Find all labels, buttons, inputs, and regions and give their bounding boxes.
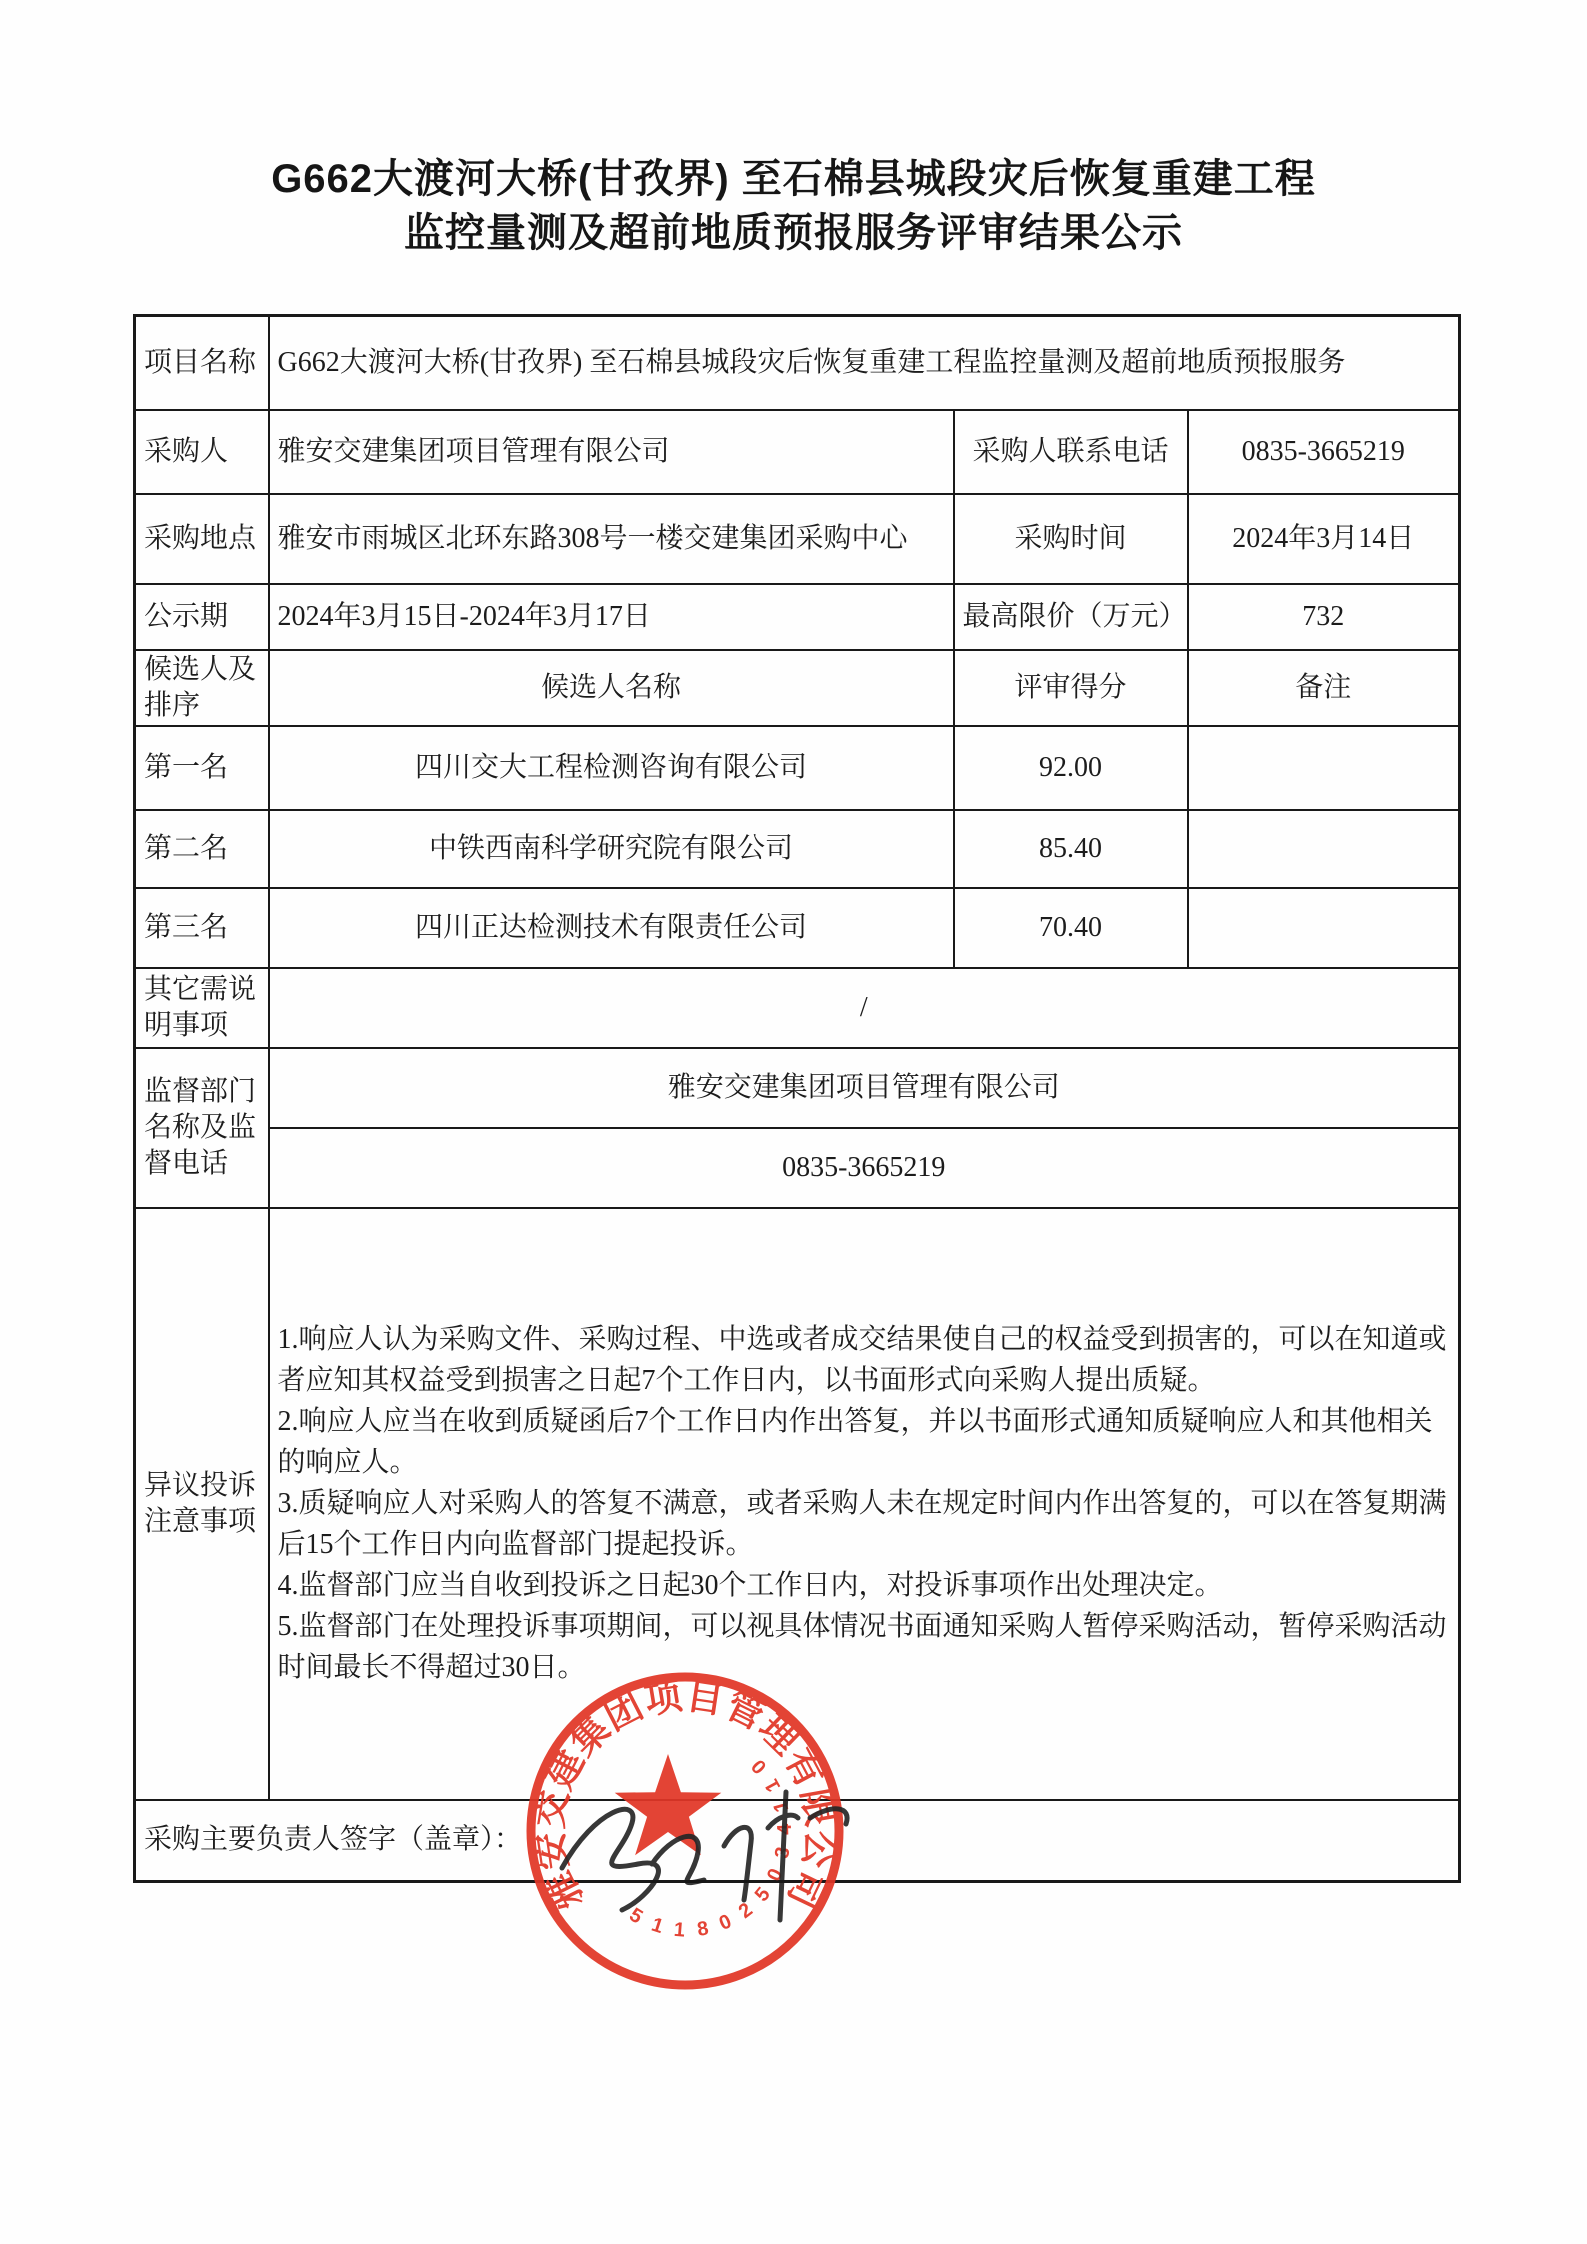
supervision-org-row: 监督部门名称及监督电话 雅安交建集团项目管理有限公司	[135, 1048, 1460, 1128]
objection-text-cell: 1.响应人认为采购文件、采购过程、中选或者成交结果使自己的权益受到损害的，可以在…	[269, 1208, 1460, 1800]
price-value-cell: 732	[1188, 584, 1460, 650]
score-cell: 70.40	[954, 888, 1188, 968]
rank-cell: 第三名	[135, 888, 269, 968]
page-title: G662大渡河大桥(甘孜界) 至石棉县城段灾后恢复重建工程 监控量测及超前地质预…	[0, 0, 1587, 260]
objection-item-5: 5.监督部门在处理投诉事项期间，可以视具体情况书面通知采购人暂停采购活动，暂停采…	[278, 1606, 1451, 1688]
supervision-org-cell: 雅安交建集团项目管理有限公司	[269, 1048, 1460, 1128]
objection-item-4: 4.监督部门应当自收到投诉之日起30个工作日内，对投诉事项作出处理决定。	[278, 1565, 1451, 1606]
time-value-cell: 2024年3月14日	[1188, 494, 1460, 584]
purchaser-value-cell: 雅安交建集团项目管理有限公司	[269, 410, 954, 494]
publicity-value-cell: 2024年3月15日-2024年3月17日	[269, 584, 954, 650]
document-page: G662大渡河大桥(甘孜界) 至石棉县城段灾后恢复重建工程 监控量测及超前地质预…	[0, 0, 1587, 2244]
remark-cell	[1188, 888, 1460, 968]
supervision-phone-cell: 0835-3665219	[269, 1128, 1460, 1208]
publicity-label-cell: 公示期	[135, 584, 269, 650]
remark-header-cell: 备注	[1188, 650, 1460, 726]
candidate-row-3: 第三名 四川正达检测技术有限责任公司 70.40	[135, 888, 1460, 968]
time-label-cell: 采购时间	[954, 494, 1188, 584]
other-label-cell: 其它需说明事项	[135, 968, 269, 1048]
candidate-row-1: 第一名 四川交大工程检测咨询有限公司 92.00	[135, 726, 1460, 810]
objection-row: 异议投诉注意事项 1.响应人认为采购文件、采购过程、中选或者成交结果使自己的权益…	[135, 1208, 1460, 1800]
project-name-row: 项目名称 G662大渡河大桥(甘孜界) 至石棉县城段灾后恢复重建工程监控量测及超…	[135, 316, 1460, 410]
signature-row: 采购主要负责人签字（盖章）：	[135, 1800, 1460, 1882]
location-label-cell: 采购地点	[135, 494, 269, 584]
score-cell: 85.40	[954, 810, 1188, 888]
price-label-cell: 最高限价（万元）	[954, 584, 1188, 650]
score-cell: 92.00	[954, 726, 1188, 810]
location-row: 采购地点 雅安市雨城区北环东路308号一楼交建集团采购中心 采购时间 2024年…	[135, 494, 1460, 584]
purchaser-label-cell: 采购人	[135, 410, 269, 494]
location-value-cell: 雅安市雨城区北环东路308号一楼交建集团采购中心	[269, 494, 954, 584]
title-line-2: 监控量测及超前地质预报服务评审结果公示	[404, 211, 1183, 255]
remark-cell	[1188, 726, 1460, 810]
rank-cell: 第二名	[135, 810, 269, 888]
rank-header-cell: 候选人及排序	[135, 650, 269, 726]
supervision-label-cell: 监督部门名称及监督电话	[135, 1048, 269, 1208]
objection-item-1: 1.响应人认为采购文件、采购过程、中选或者成交结果使自己的权益受到损害的，可以在…	[278, 1319, 1451, 1401]
purchaser-phone-label-cell: 采购人联系电话	[954, 410, 1188, 494]
candidate-name-cell: 中铁西南科学研究院有限公司	[269, 810, 954, 888]
score-header-cell: 评审得分	[954, 650, 1188, 726]
objection-label-cell: 异议投诉注意事项	[135, 1208, 269, 1800]
other-notes-row: 其它需说明事项 /	[135, 968, 1460, 1048]
objection-item-3: 3.质疑响应人对采购人的答复不满意，或者采购人未在规定时间内作出答复的，可以在答…	[278, 1483, 1451, 1565]
candidates-header-row: 候选人及排序 候选人名称 评审得分 备注	[135, 650, 1460, 726]
purchaser-row: 采购人 雅安交建集团项目管理有限公司 采购人联系电话 0835-3665219	[135, 410, 1460, 494]
project-value-cell: G662大渡河大桥(甘孜界) 至石棉县城段灾后恢复重建工程监控量测及超前地质预报…	[269, 316, 1460, 410]
remark-cell	[1188, 810, 1460, 888]
candidate-name-cell: 四川交大工程检测咨询有限公司	[269, 726, 954, 810]
name-header-cell: 候选人名称	[269, 650, 954, 726]
result-table: 项目名称 G662大渡河大桥(甘孜界) 至石棉县城段灾后恢复重建工程监控量测及超…	[133, 314, 1461, 1883]
objection-item-2: 2.响应人应当在收到质疑函后7个工作日内作出答复，并以书面形式通知质疑响应人和其…	[278, 1401, 1451, 1483]
signature-label-cell: 采购主要负责人签字（盖章）：	[135, 1800, 1460, 1882]
publicity-row: 公示期 2024年3月15日-2024年3月17日 最高限价（万元） 732	[135, 584, 1460, 650]
purchaser-phone-cell: 0835-3665219	[1188, 410, 1460, 494]
title-line-1: G662大渡河大桥(甘孜界) 至石棉县城段灾后恢复重建工程	[271, 157, 1316, 201]
other-value-cell: /	[269, 968, 1460, 1048]
supervision-phone-row: 0835-3665219	[135, 1128, 1460, 1208]
rank-cell: 第一名	[135, 726, 269, 810]
candidate-name-cell: 四川正达检测技术有限责任公司	[269, 888, 954, 968]
candidate-row-2: 第二名 中铁西南科学研究院有限公司 85.40	[135, 810, 1460, 888]
project-label-cell: 项目名称	[135, 316, 269, 410]
